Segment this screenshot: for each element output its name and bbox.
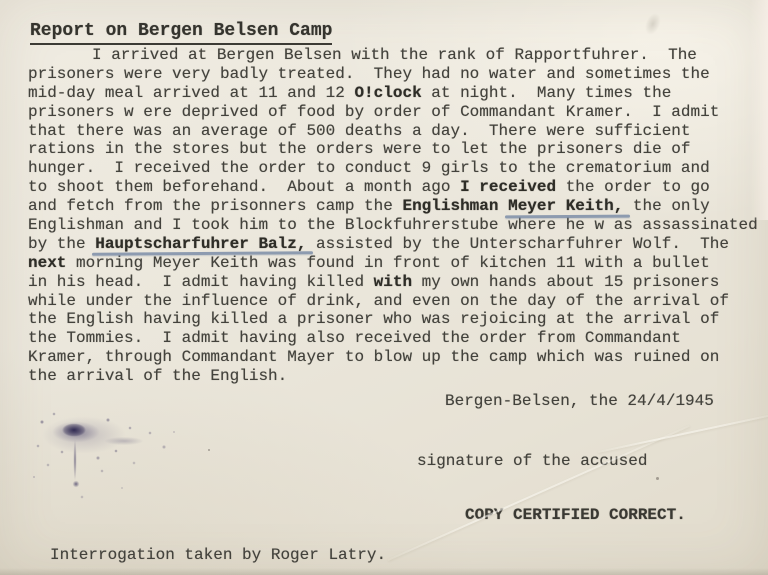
ink-blot bbox=[12, 402, 197, 514]
body-line: next morning Meyer Keith was found in fr… bbox=[28, 254, 768, 273]
body-line: rations in the stores but the orders wer… bbox=[28, 140, 768, 159]
document-title: Report on Bergen Belsen Camp bbox=[30, 20, 332, 45]
text-segment: next bbox=[28, 254, 66, 272]
text-segment: the arrival of the English. bbox=[28, 367, 287, 385]
text-segment: the Tommies. I admit having also receive… bbox=[28, 329, 681, 347]
body-line: mid-day meal arrived at 11 and 12 O!cloc… bbox=[28, 84, 768, 103]
text-segment: the English having killed a prisoner who… bbox=[28, 310, 719, 328]
paper-edge-highlight bbox=[750, 0, 768, 220]
signature-caption: signature of the accused bbox=[417, 452, 647, 470]
body-line: the Tommies. I admit having also receive… bbox=[28, 329, 768, 348]
body-line: Englishman and I took him to the Blockfu… bbox=[28, 216, 768, 235]
body-line: the arrival of the English. bbox=[28, 367, 768, 386]
body-line: in his head. I admit having killed with … bbox=[28, 273, 768, 292]
text-segment: O!clock bbox=[354, 84, 421, 102]
text-segment: in his head. I admit having killed bbox=[28, 273, 374, 291]
body-line: and fetch from the prisonners camp the E… bbox=[28, 197, 768, 216]
body-line: prisoners were very badly treated. They … bbox=[28, 65, 768, 84]
text-segment: prisoners were very badly treated. They … bbox=[28, 65, 710, 83]
text-segment: and fetch from the prisonners camp the bbox=[28, 197, 402, 215]
body-line: Kramer, through Commandant Mayer to blow… bbox=[28, 348, 768, 367]
body-line: by the Hauptscharfuhrer Balz, assisted b… bbox=[28, 235, 768, 254]
document-page: Report on Bergen Belsen Camp I arrived a… bbox=[0, 0, 768, 575]
text-segment: Kramer, through Commandant Mayer to blow… bbox=[28, 348, 719, 366]
body-line: hunger. I received the order to conduct … bbox=[28, 159, 768, 178]
body-line: to shoot them beforehand. About a month … bbox=[28, 178, 768, 197]
text-segment: to shoot them beforehand. About a month … bbox=[28, 178, 460, 196]
text-segment: with bbox=[374, 273, 412, 291]
pen-underlined-text: Meyer Keith, bbox=[508, 197, 623, 216]
text-segment: Englishman bbox=[402, 197, 508, 215]
interrogation-footer: Interrogation taken by Roger Latry. bbox=[50, 546, 386, 564]
text-segment: my own hands about 15 prisoners bbox=[412, 273, 719, 291]
text-segment: the order to go bbox=[556, 178, 710, 196]
ink-speck bbox=[656, 477, 659, 480]
body-line: that there was an average of 500 deaths … bbox=[28, 122, 768, 141]
paper-crease bbox=[388, 425, 690, 561]
text-segment: that there was an average of 500 deaths … bbox=[28, 122, 691, 140]
pen-underlined-text: Hauptscharfuhrer Balz, bbox=[95, 235, 306, 254]
paper-crease bbox=[598, 413, 768, 453]
text-segment: Englishman and I took him to the Blockfu… bbox=[28, 216, 758, 234]
text-segment: at night. Many times the bbox=[422, 84, 672, 102]
text-segment: hunger. I received the order to conduct … bbox=[28, 159, 710, 177]
ink-speck bbox=[208, 449, 210, 451]
report-body: I arrived at Bergen Belsen with the rank… bbox=[28, 46, 768, 386]
smudge-mark bbox=[629, 0, 675, 52]
text-segment: mid-day meal arrived at 11 and 12 bbox=[28, 84, 354, 102]
text-segment: morning Meyer Keith was found in front o… bbox=[66, 254, 709, 272]
dateline: Bergen-Belsen, the 24/4/1945 bbox=[445, 392, 714, 410]
text-segment: by the bbox=[28, 235, 95, 253]
body-line: prisoners w ere deprived of food by orde… bbox=[28, 103, 768, 122]
photo-edge-shadow bbox=[0, 568, 768, 575]
text-segment: prisoners w ere deprived of food by orde… bbox=[28, 103, 719, 121]
text-segment: assisted by the Unterscharfuhrer Wolf. T… bbox=[306, 235, 728, 253]
text-segment: while under the influence of drink, and … bbox=[28, 292, 729, 310]
text-segment: the only bbox=[623, 197, 709, 215]
body-line: the English having killed a prisoner who… bbox=[28, 310, 768, 329]
text-segment: I arrived at Bergen Belsen with the rank… bbox=[92, 46, 697, 64]
body-line: while under the influence of drink, and … bbox=[28, 292, 768, 311]
text-segment: rations in the stores but the orders wer… bbox=[28, 140, 691, 158]
text-segment: I received bbox=[460, 178, 556, 196]
